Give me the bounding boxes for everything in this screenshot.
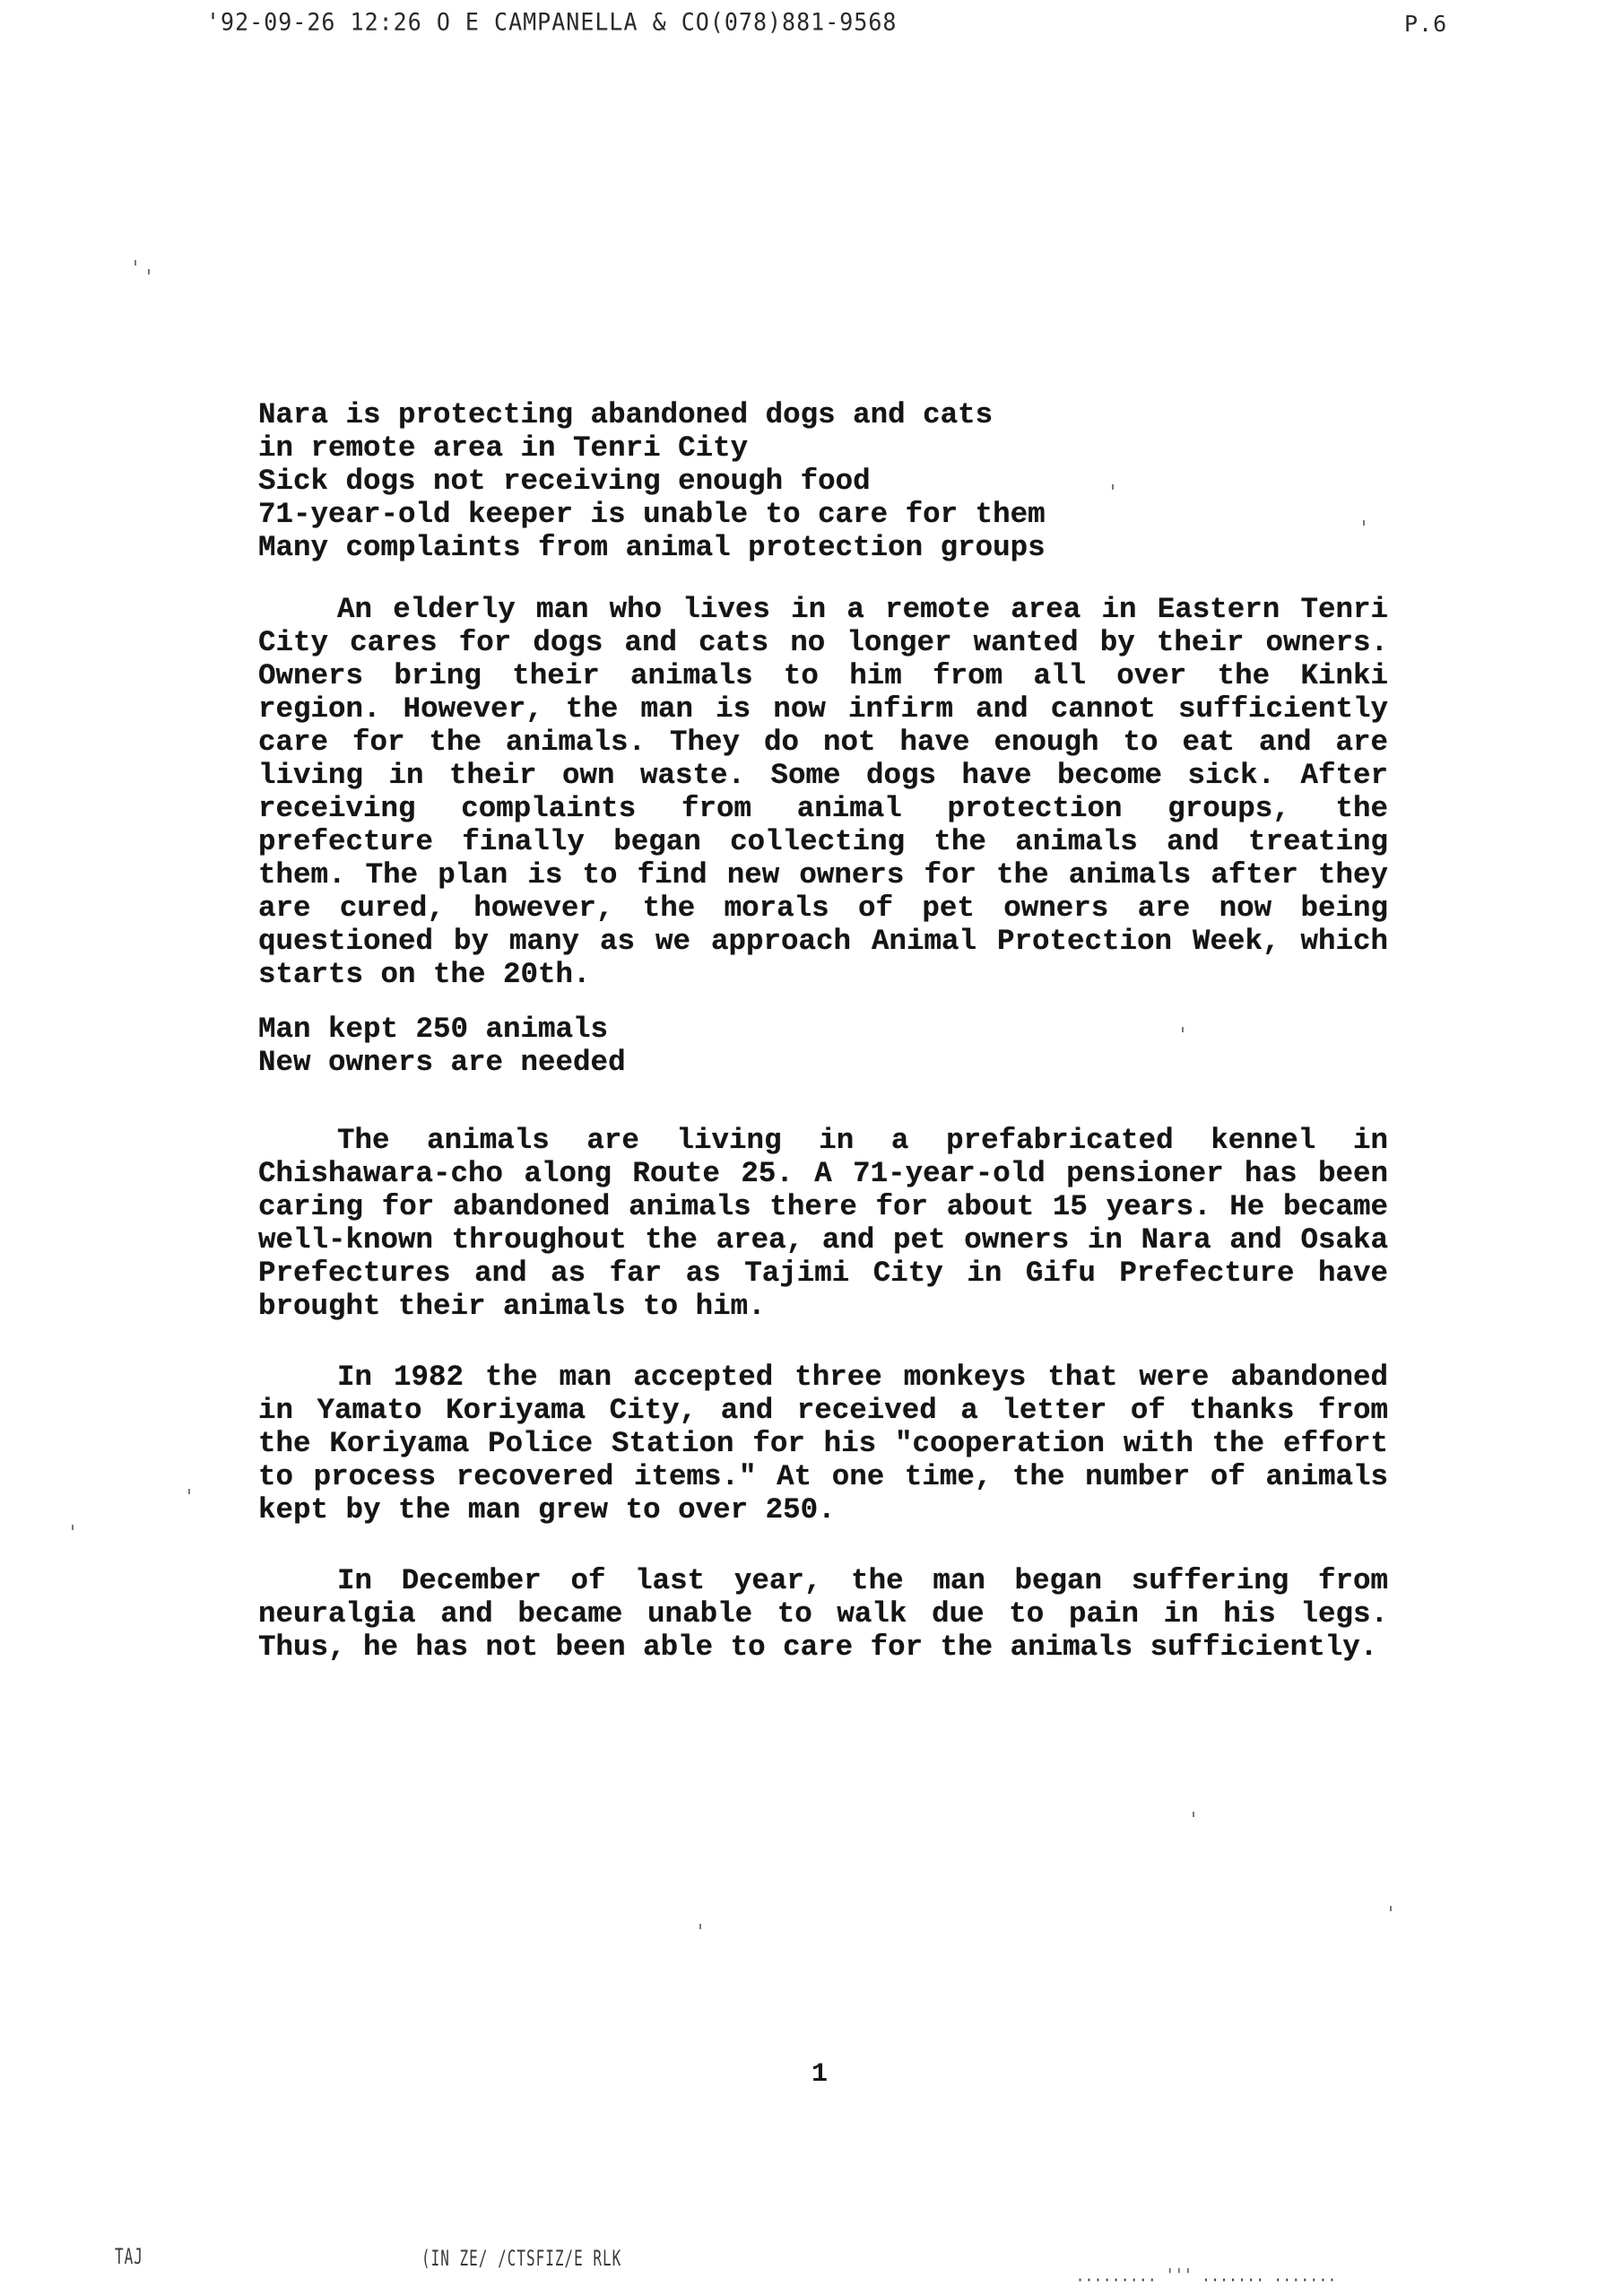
fax-transmission-header: '92-09-26 12:26 O E CAMPANELLA & CO(078)… (206, 8, 897, 35)
paragraph-monkeys: In 1982 the man accepted three monkeys t… (258, 1361, 1388, 1526)
paragraph-neuralgia: In December of last year, the man began … (258, 1564, 1388, 1664)
headline-1: Nara is protecting abandoned dogs and ca… (258, 398, 1388, 431)
footer-middle-mark: (IN ZE/ /CTSFIZ/E RLK (421, 2245, 621, 2271)
headline-2: in remote area in Tenri City (258, 431, 1388, 465)
footer-right-mark: ......... ''' ....... ....... (1076, 2265, 1337, 2285)
subheadline-block: Man kept 250 animals New owners are need… (258, 1013, 1388, 1079)
scan-speck (1363, 520, 1365, 526)
scan-speck (1112, 484, 1114, 490)
headline-4: 71-year-old keeper is unable to care for… (258, 498, 1388, 531)
headline-block: Nara is protecting abandoned dogs and ca… (258, 398, 1388, 564)
scan-speck (699, 1924, 701, 1929)
paragraph-intro: An elderly man who lives in a remote are… (258, 593, 1388, 991)
scan-speck (1182, 1027, 1184, 1032)
scan-speck (72, 1525, 74, 1530)
document-body: Nara is protecting abandoned dogs and ca… (258, 398, 1388, 1664)
scan-speck (1193, 1812, 1194, 1817)
scan-speck (135, 260, 136, 265)
footer-left-mark: TAJ (115, 2243, 143, 2269)
scan-speck (1390, 1906, 1392, 1911)
subheadline-1: Man kept 250 animals (258, 1013, 1388, 1046)
subheadline-2: New owners are needed (258, 1046, 1388, 1079)
headline-5: Many complaints from animal protection g… (258, 531, 1388, 564)
page-number: 1 (811, 2059, 828, 2090)
paragraph-kennel: The animals are living in a prefabricate… (258, 1124, 1388, 1323)
scan-speck (188, 1489, 190, 1494)
headline-3: Sick dogs not receiving enough food (258, 465, 1388, 498)
scan-speck (148, 269, 150, 274)
fax-page-label: P.6 (1404, 11, 1447, 37)
